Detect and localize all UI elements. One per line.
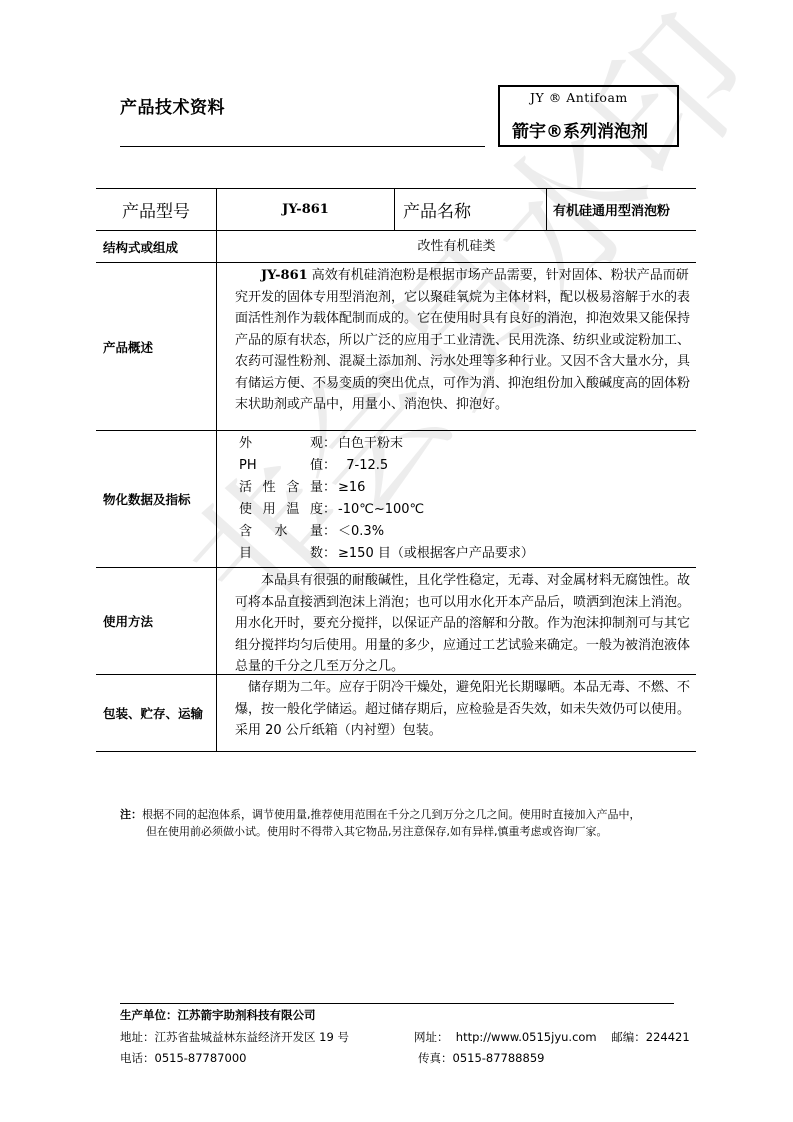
spec-item: 目数：≥150 目（或根据客户产品要求） <box>239 543 690 565</box>
spec-key: 使用温度 <box>239 499 323 521</box>
row-value: 储存期为二年。应存于阴冷干燥处，避免阳光长期曝晒。本品无毒、不燃、不爆，按一般化… <box>217 675 696 744</box>
spec-key: 活性含量 <box>239 477 323 499</box>
manufacturer: 生产单位：江苏箭宇助剂科技有限公司 <box>120 1007 316 1023</box>
spec-item: 使用温度：-10℃~100℃ <box>239 499 690 521</box>
spec-item: 外观：白色干粉末 <box>239 433 690 455</box>
name-value: 有机硅通用型消泡粉 <box>547 189 696 230</box>
website-postcode: 网址： http://www.0515jyu.com 邮编：224421 <box>414 1029 690 1045</box>
spec-list: 外观：白色干粉末 PH值： 7-12.5 活性含量：≥16 使用温度：-10℃~… <box>217 431 696 567</box>
spec-item: 活性含量：≥16 <box>239 477 690 499</box>
row-value: 改性有机硅类 <box>217 231 696 262</box>
row-label: 结构式或组成 <box>96 231 217 262</box>
spec-item: 含水量：＜0.3% <box>239 521 690 543</box>
table-row-overview: 产品概述 JY-861 高效有机硅消泡粉是根据市场产品需要，针对固体、粉状产品而… <box>96 262 696 430</box>
spec-key: PH值 <box>239 455 323 477</box>
row-label: 包装、贮存、运输 <box>96 675 217 751</box>
note-line-1: 根据不同的起泡体系，调节使用量,推荐使用范围在千分之几到万分之几之间。使用时直接… <box>142 808 641 821</box>
model-value: JY-861 <box>217 189 395 230</box>
note-label: 注： <box>120 808 142 821</box>
model-label: 产品型号 <box>96 189 217 230</box>
spec-value: 白色干粉末 <box>336 433 403 455</box>
spec-table: 产品型号 JY-861 产品名称 有机硅通用型消泡粉 结构式或组成 改性有机硅类… <box>96 188 696 752</box>
phone: 电话：0515-87787000 <box>120 1050 246 1066</box>
spec-value: ≥150 目（或根据客户产品要求） <box>336 543 534 565</box>
table-row-composition: 结构式或组成 改性有机硅类 <box>96 230 696 262</box>
spec-item: PH值： 7-12.5 <box>239 455 690 477</box>
brand-english: JY ® Antifoam <box>530 90 628 105</box>
spec-value: ≥16 <box>336 477 365 499</box>
brand-box: JY ® Antifoam 箭宇®系列消泡剂 <box>498 85 679 147</box>
spec-key: 外观 <box>239 433 323 455</box>
note-line-2: 但在使用前必须做小试。使用时不得带入其它物品,另注意保存,如有异样,慎重考虑或咨… <box>120 823 700 840</box>
title-underline <box>120 146 485 147</box>
overview-text: 高效有机硅消泡粉是根据市场产品需要，针对固体、粉状产品而研究开发的固体专用型消泡… <box>235 268 690 412</box>
name-label: 产品名称 <box>395 189 547 230</box>
spec-value: 7-12.5 <box>336 455 388 477</box>
spec-key: 含水量 <box>239 521 323 543</box>
footer-rule <box>120 1003 674 1004</box>
table-row-specs: 物化数据及指标 外观：白色干粉末 PH值： 7-12.5 活性含量：≥16 使用… <box>96 430 696 567</box>
spec-value: ＜0.3% <box>336 521 384 543</box>
row-label: 物化数据及指标 <box>96 431 217 567</box>
row-value: 本品具有很强的耐酸碱性，且化学性稳定，无毒、对金属材料无腐蚀性。故可将本品直接洒… <box>217 568 696 680</box>
usage-note: 注：根据不同的起泡体系，调节使用量,推荐使用范围在千分之几到万分之几之间。使用时… <box>120 806 700 840</box>
spec-key: 目数 <box>239 543 323 565</box>
brand-chinese: 箭宇®系列消泡剂 <box>512 117 648 142</box>
table-row-usage: 使用方法 本品具有很强的耐酸碱性，且化学性稳定，无毒、对金属材料无腐蚀性。故可将… <box>96 567 696 674</box>
row-label: 使用方法 <box>96 568 217 674</box>
fax: 传真：0515-87788859 <box>418 1050 544 1066</box>
document-title: 产品技术资料 <box>120 93 225 118</box>
row-value: JY-861 高效有机硅消泡粉是根据市场产品需要，针对固体、粉状产品而研究开发的… <box>217 263 696 418</box>
spec-value: -10℃~100℃ <box>336 499 424 521</box>
address: 地址：江苏省盐城益林东益经济开发区 19 号 <box>120 1029 349 1045</box>
model-emphasis: JY-861 <box>261 268 308 283</box>
table-row-model: 产品型号 JY-861 产品名称 有机硅通用型消泡粉 <box>96 188 696 230</box>
row-label: 产品概述 <box>96 263 217 430</box>
table-row-packaging: 包装、贮存、运输 储存期为二年。应存于阴冷干燥处，避免阳光长期曝晒。本品无毒、不… <box>96 674 696 752</box>
